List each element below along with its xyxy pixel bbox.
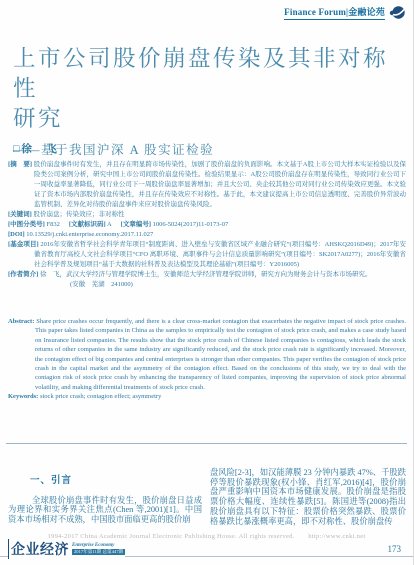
abstract-en-label: Abstract: xyxy=(8,318,34,325)
keywords-en-label: Keywords: xyxy=(8,393,38,400)
abstract-en-text: Share price crashes occur frequently, an… xyxy=(35,318,406,391)
doi-value: 10.13529/j.cnki.enterprise.economy.2017.… xyxy=(26,231,153,238)
fund-label: [基金项目] xyxy=(8,241,39,248)
journal-name-en: Enterprise Economy xyxy=(72,543,125,548)
bio-label: [作者简介] xyxy=(8,271,38,278)
clc-value: F832 xyxy=(46,221,59,228)
chinese-meta-block: [摘 要] 股价崩盘事件时有发生，并且存在明显跨市场传染性，加剧了股价崩盘的负面… xyxy=(8,160,406,290)
abstract-label: [摘 要] xyxy=(8,161,32,168)
title-block: 上市公司股价崩盘传染及其非对称性 研究 ——基于我国沪深 A 股实证检验 xyxy=(13,44,405,158)
journal-footer-logo: 企业经济 Enterprise Economy 2017年第11期 总第447期 xyxy=(8,539,125,559)
doc-code-label: [文献标识码] xyxy=(69,221,106,228)
body-column-left: 一、引言 全球股价崩盘事件时有发生，股价崩盘日益成为理论界和实务界关注焦点(Ch… xyxy=(8,477,202,525)
section-divider xyxy=(6,443,407,444)
paper-page: { "header": { "forum_label": "Finance Fo… xyxy=(0,0,414,565)
doi-line: [DOI] 10.13529/j.cnki.enterprise.economy… xyxy=(8,230,406,240)
keywords-en-text: stock price crash; contagion effect; asy… xyxy=(40,393,161,400)
article-subtitle: ——基于我国沪深 A 股实证检验 xyxy=(13,140,405,158)
article-title-line1: 上市公司股价崩盘传染及其非对称性 xyxy=(13,44,405,104)
doi-label: [DOI] xyxy=(8,231,25,238)
abstract-cn: [摘 要] 股价崩盘事件时有发生，并且存在明显跨市场传染性，加剧了股价崩盘的负面… xyxy=(8,160,406,210)
doc-code-value: A xyxy=(107,221,112,228)
journal-logo-stack: Enterprise Economy 2017年第11期 总第447期 xyxy=(72,543,125,555)
section-heading-introduction: 一、引言 xyxy=(30,477,202,487)
forum-section-label: Finance Forum|金融论苑 xyxy=(284,5,385,20)
article-id-value: 1006-5024(2017)11-0173-07 xyxy=(153,221,229,228)
classification-line: [中图分类号] F832[文献标识码] A[文章编号] 1006-5024(20… xyxy=(8,220,406,230)
body-column-right: 盘风险[2-3]，如汉能薄膜 23 分钟内暴跌 47%、千股跌停等股价暴跌现象(… xyxy=(210,468,406,526)
article-title-line2: 研究 xyxy=(13,104,405,134)
keywords-cn: [关键词] 股价崩盘；传染效应；非对称性 xyxy=(8,210,406,220)
journal-logo-icon xyxy=(389,5,405,20)
author-bio-line: [作者简介] 徐 飞，武汉大学经济与管理学院博士生，安徽师范大学经济管理学院讲师… xyxy=(8,270,406,280)
keywords-en: Keywords: stock price crash; contagion e… xyxy=(8,392,406,401)
page-number: 173 xyxy=(388,544,402,554)
clc-label: [中图分类号] xyxy=(8,221,45,228)
fund-line: [基金项目] 2016年安徽省哲学社会科学青年项目“制度距离、进入壁垒与安徽省区… xyxy=(8,240,406,270)
author-line: □徐 飞 xyxy=(13,141,59,156)
abstract-en: Abstract: Share price crashes occur freq… xyxy=(8,317,406,392)
bio-text: 徐 飞，武汉大学经济与管理学院博士生，安徽师范大学经济管理学院讲师，研究方向为财… xyxy=(40,271,372,278)
author-location: (安徽 芜湖 241000) xyxy=(8,280,406,290)
keywords-text: 股价崩盘；传染效应；非对称性 xyxy=(33,211,124,218)
article-id-label: [文章编号] xyxy=(121,221,151,228)
english-abstract-block: Abstract: Share price crashes occur freq… xyxy=(8,317,406,402)
fund-text: 2016年安徽省哲学社会科学青年项目“制度距离、进入壁垒与安徽省区域产业融合研究… xyxy=(34,241,406,268)
abstract-text: 股价崩盘事件时有发生，并且存在明显跨市场传染性，加剧了股价崩盘的负面影响。本文基… xyxy=(34,161,406,208)
intro-paragraph-right: 盘风险[2-3]，如汉能薄膜 23 分钟内暴跌 47%、千股跌停等股价暴跌现象(… xyxy=(210,468,406,526)
journal-issue-info: 2017年第11期 总第447期 xyxy=(72,549,125,555)
page-header: Finance Forum|金融论苑 xyxy=(284,5,405,20)
journal-name-cn: 企业经济 xyxy=(8,539,69,559)
intro-paragraph-left: 全球股价崩盘事件时有发生，股价崩盘日益成为理论界和实务界关注焦点(Chen 等,… xyxy=(8,496,202,525)
keywords-label: [关键词] xyxy=(8,211,32,218)
